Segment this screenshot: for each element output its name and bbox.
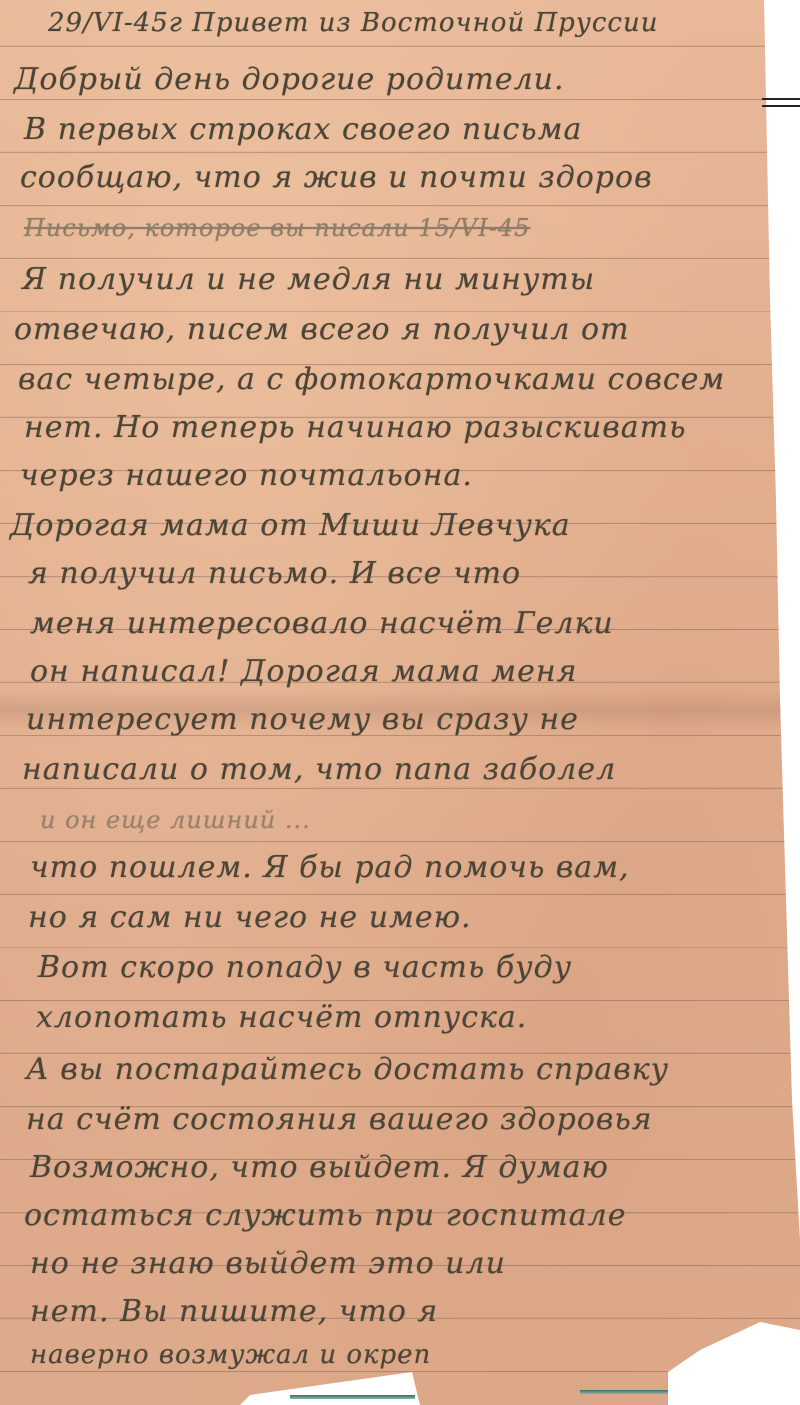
scan-edge-line: [762, 98, 800, 100]
letter-line: я получил письмо. И все что: [28, 556, 521, 591]
letter-line: вас четыре, а с фотокарточками совсем: [18, 362, 725, 397]
letter-line: но я сам ни чего не имею.: [28, 900, 472, 935]
letter-line: Дорогая мама от Миши Левчука: [10, 508, 571, 543]
letter-line: нет. Но теперь начинаю разыскивать: [24, 410, 686, 445]
letter-line-struck: Письмо, которое вы писали 15/VI-45: [24, 214, 530, 242]
letter-line: В первых строках своего письма: [24, 112, 582, 147]
letter-line: Добрый день дорогие родители.: [14, 62, 565, 97]
letter-line: интересует почему вы сразу не: [26, 702, 579, 737]
letter-line: на счёт состояния вашего здоровья: [26, 1102, 653, 1137]
bottom-edge-rule: [290, 1395, 415, 1399]
letter-line: написали о том, что папа заболел: [22, 752, 616, 787]
letter-line: он написал! Дорогая мама меня: [30, 654, 578, 689]
letter-line: остаться служить при госпитале: [24, 1198, 626, 1233]
letter-line-faint: и он еще лишний ...: [40, 806, 311, 834]
letter-line: Я получил и не медля ни минуты: [22, 262, 595, 297]
letter-line: что пошлем. Я бы рад помочь вам,: [30, 850, 630, 885]
letter-line: наверно возмужал и окреп: [30, 1340, 431, 1370]
letter-sheet: 29/VI-45г Привет из Восточной Пруссии До…: [0, 0, 800, 1405]
letter-date-heading: 29/VI-45г Привет из Восточной Пруссии: [48, 8, 658, 38]
scan-edge-line: [762, 105, 800, 107]
letter-line: Возможно, что выйдет. Я думаю: [30, 1150, 609, 1185]
letter-line: меня интересовало насчёт Гелки: [30, 606, 614, 641]
letter-line: но не знаю выйдет это или: [30, 1246, 506, 1281]
letter-line: хлопотать насчёт отпуска.: [36, 1000, 527, 1035]
letter-line: отвечаю, писем всего я получил от: [14, 312, 630, 347]
bottom-edge-rule: [580, 1390, 668, 1394]
letter-line: Вот скоро попаду в часть буду: [38, 950, 572, 985]
letter-line: через нашего почтальона.: [20, 458, 473, 493]
letter-line: сообщаю, что я жив и почти здоров: [20, 160, 653, 195]
letter-line: нет. Вы пишите, что я: [30, 1294, 438, 1329]
letter-line: А вы постарайтесь достать справку: [26, 1052, 669, 1087]
